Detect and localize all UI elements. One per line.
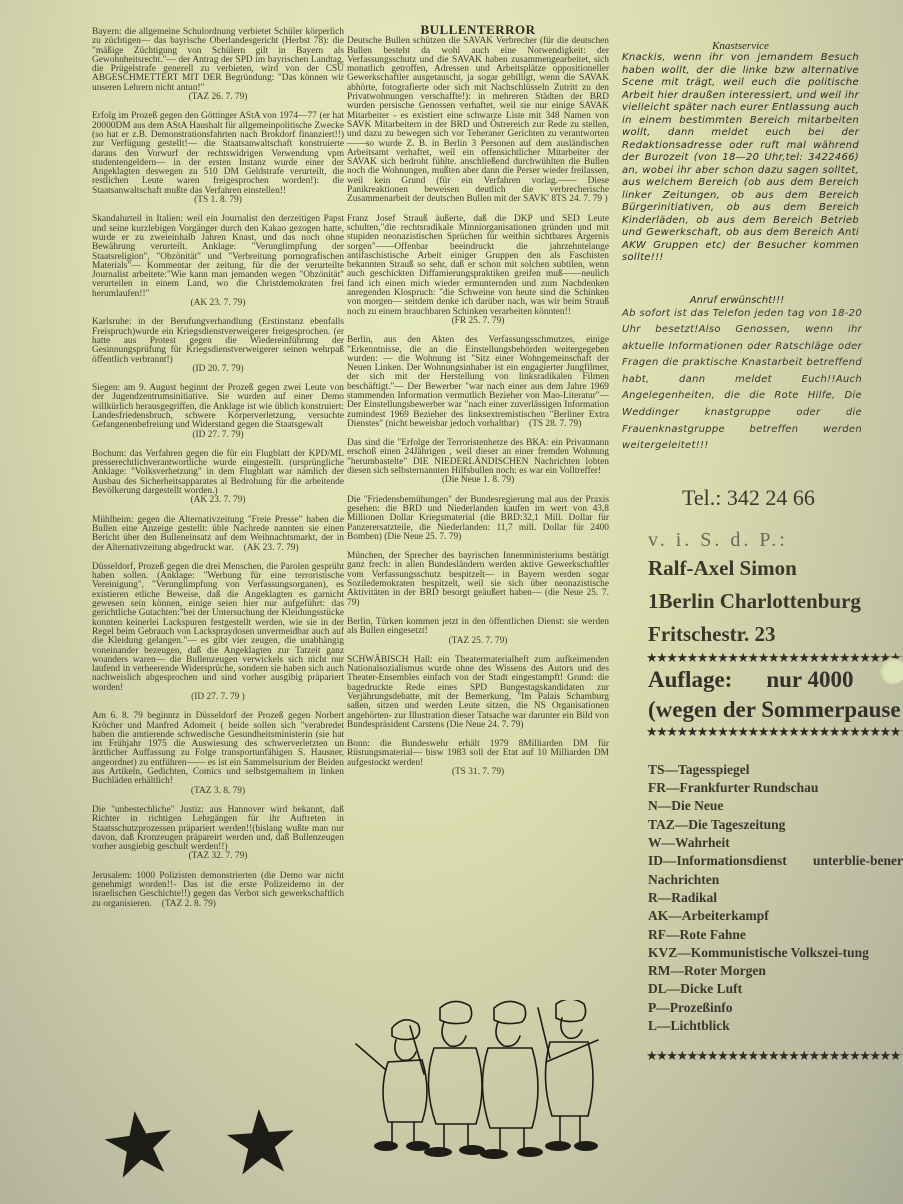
article: Bonn: die Bundeswehr erhält 1979 8Millia…: [347, 740, 609, 777]
abbreviation-item: RM—Roter Morgen: [648, 962, 903, 980]
article-source: (Die Neue 1. 8. 79): [347, 476, 609, 485]
article-text: SCHWÄBISCH Hall: ein Theatermaterialheft…: [347, 656, 609, 730]
article-text: Karlsruhe: in der Berufungverhandlung (E…: [92, 318, 344, 364]
abbreviation-item: W—Wahrheit: [648, 834, 903, 852]
article-source: (AK 23. 7. 79): [92, 496, 344, 505]
middle-column: BULLENTERROR Deutsche Bullen schützen di…: [347, 28, 609, 787]
abbreviation-item: FR—Frankfurter Rundschau: [648, 779, 903, 797]
newspaper-page: Bayern: die allgemeine Schulordnung verb…: [0, 0, 903, 1204]
article: Bochum: das Verfahren gegen die für ein …: [92, 450, 344, 506]
article-source: (TAZ 32. 7. 79): [92, 852, 344, 861]
star-icon: [226, 1106, 296, 1176]
article-text: Franz Josef Strauß äußerte, daß die DKP …: [347, 215, 609, 317]
abbreviation-item: AK—Arbeiterkampf: [648, 907, 903, 925]
circulation-label: Auflage:: [648, 667, 732, 692]
abbreviation-item: R—Radikal: [648, 889, 903, 907]
right-column: Knastservice Knackis, wenn ihr von jeman…: [622, 40, 902, 1063]
article-source: (AK 23. 7. 79): [244, 543, 299, 553]
article-source: (TS 28. 7. 79): [529, 419, 581, 429]
article-source: (ID 20. 7. 79): [92, 365, 344, 374]
article-source: (TS 31. 7. 79): [347, 768, 609, 777]
article: Siegen: am 9. August beginnt der Prozeß …: [92, 384, 344, 440]
article: Am 6. 8. 79 beginntz in Düsseldorf der P…: [92, 712, 344, 796]
star-divider: ★★★★★★★★★★★★★★★★★★★★★★★★★★★★★★: [646, 651, 902, 665]
article-text: Erfolg im Prozeß gegen den Göttinger ASt…: [92, 112, 344, 196]
article-source: (AK 23. 7. 79): [92, 299, 344, 308]
imprint-street: Fritschestr. 23: [648, 618, 902, 651]
article-text: Die "unbestechliche" Justiz: aus Hannove…: [92, 806, 344, 852]
star-icon: [104, 1108, 174, 1178]
article-source: (TS 1. 8. 79): [92, 196, 344, 205]
headline: BULLENTERROR: [347, 25, 609, 34]
article-text: Mühlheim: gegen die Alternativzeitung "F…: [92, 516, 344, 553]
article: SCHWÄBISCH Hall: ein Theatermaterialheft…: [347, 656, 609, 730]
article: Berlin, aus den Akten des Verfassungssch…: [347, 336, 609, 429]
article: Franz Josef Strauß äußerte, daß die DKP …: [347, 215, 609, 327]
article-text: Die "Friedensbemühungen" der Bundesregie…: [347, 496, 609, 542]
abbreviation-item: TS—Tagesspiegel: [648, 761, 903, 779]
article: Jerusalem: 1000 Polizisten demonstrierte…: [92, 872, 344, 909]
abbreviation-item: N—Die Neue: [648, 797, 903, 815]
article-source: (FR 25. 7. 79): [347, 317, 609, 326]
imprint-city: 1Berlin Charlottenburg: [648, 585, 902, 618]
article-source: (ID 27. 7. 79): [92, 431, 344, 440]
article-text: Bonn: die Bundeswehr erhält 1979 8Millia…: [347, 740, 609, 768]
star-divider: ★★★★★★★★★★★★★★★★★★★★★★★★★★★★★★: [646, 725, 902, 739]
imprint-label: v. i. S. d. P.:: [648, 529, 902, 552]
star-divider: ★★★★★★★★★★★★★★★★★★★★★★★★★★★★★★: [646, 1049, 902, 1063]
article: Die "Friedensbemühungen" der Bundesregie…: [347, 496, 609, 542]
article-text: Bayern: die allgemeine Schulordnung verb…: [92, 28, 344, 93]
anruf-title: Anruf erwünscht!!!: [622, 295, 852, 306]
article-text: Jerusalem: 1000 Polizisten demonstrierte…: [92, 872, 344, 909]
article-text: Bochum: das Verfahren gegen die für ein …: [92, 450, 344, 496]
left-column: Bayern: die allgemeine Schulordnung verb…: [92, 28, 344, 919]
article-source: (TAZ 3. 8. 79): [92, 787, 344, 796]
article-source: (ID 27. 7. 79 ): [92, 693, 344, 702]
abbreviation-item: KVZ—Kommunistische Volkszei-tung: [648, 944, 903, 962]
article-text: München, der Sprecher des bayrischen Inn…: [347, 552, 609, 608]
abbreviation-item: P—Prozeßinfo: [648, 999, 903, 1017]
abbreviation-item: RF—Rote Fahne: [648, 926, 903, 944]
article-text: Berlin, aus den Akten des Verfassungssch…: [347, 336, 609, 429]
imprint-name: Ralf-Axel Simon: [648, 552, 902, 585]
phone-number: Tel.: 342 24 66: [682, 485, 902, 511]
punch-hole: [880, 658, 903, 684]
circulation-value: nur 4000: [766, 667, 853, 692]
article-source: (TAZ 26. 7. 79): [92, 93, 344, 102]
article-text: Siegen: am 9. August beginnt der Prozeß …: [92, 384, 344, 430]
article: Die "unbestechliche" Justiz: aus Hannove…: [92, 806, 344, 862]
article: Karlsruhe: in der Berufungverhandlung (E…: [92, 318, 344, 374]
circulation-note: (wegen der Sommerpause: [648, 695, 902, 725]
abbreviation-item: ID—Informationsdienst unterblie-bener Na…: [648, 852, 903, 889]
knastservice-title: Knastservice: [622, 40, 859, 52]
article: Deutsche Bullen schützen die SAVAK Verbr…: [347, 37, 609, 204]
anruf-body: Ab sofort ist das Telefon jeden tag von …: [622, 306, 862, 455]
article: Mühlheim: gegen die Alternativzeitung "F…: [92, 516, 344, 553]
article: Skandalurteil in Italien: weil ein Journ…: [92, 215, 344, 308]
article: Erfolg im Prozeß gegen den Göttinger ASt…: [92, 112, 344, 205]
article-source: (TAZ 2. 8. 79): [162, 899, 216, 909]
article: München, der Sprecher des bayrischen Inn…: [347, 552, 609, 608]
abbreviation-item: TAZ—Die Tageszeitung: [648, 816, 903, 834]
article: Berlin, Türken kommen jetzt in den öffen…: [347, 618, 609, 646]
article-text: Deutsche Bullen schützen die SAVAK Verbr…: [347, 37, 609, 204]
police-cartoon-illustration: [352, 1000, 602, 1178]
abbreviation-item: L—Lichtblick: [648, 1017, 903, 1035]
article-text: Berlin, Türken kommen jetzt in den öffen…: [347, 618, 609, 637]
article-source: (TAZ 25. 7. 79): [347, 637, 609, 646]
article-text: Düsseldorf, Prozeß gegen die drei Mensch…: [92, 563, 344, 693]
abbreviation-legend: TS—TagesspiegelFR—Frankfurter RundschauN…: [648, 761, 903, 1035]
article: Das sind die "Erfolge der Terroristenhet…: [347, 439, 609, 485]
circulation: Auflage:nur 4000: [648, 665, 902, 695]
article: Bayern: die allgemeine Schulordnung verb…: [92, 28, 344, 102]
abbreviation-item: DL—Dicke Luft: [648, 980, 903, 998]
knastservice-body: Knackis, wenn ihr von jemandem Besuch ha…: [622, 52, 859, 265]
article: Düsseldorf, Prozeß gegen die drei Mensch…: [92, 563, 344, 702]
article-text: Das sind die "Erfolge der Terroristenhet…: [347, 439, 609, 476]
middle-articles: Deutsche Bullen schützen die SAVAK Verbr…: [347, 37, 609, 777]
article-text: Am 6. 8. 79 beginntz in Düsseldorf der P…: [92, 712, 344, 786]
article-text: Skandalurteil in Italien: weil ein Journ…: [92, 215, 344, 299]
